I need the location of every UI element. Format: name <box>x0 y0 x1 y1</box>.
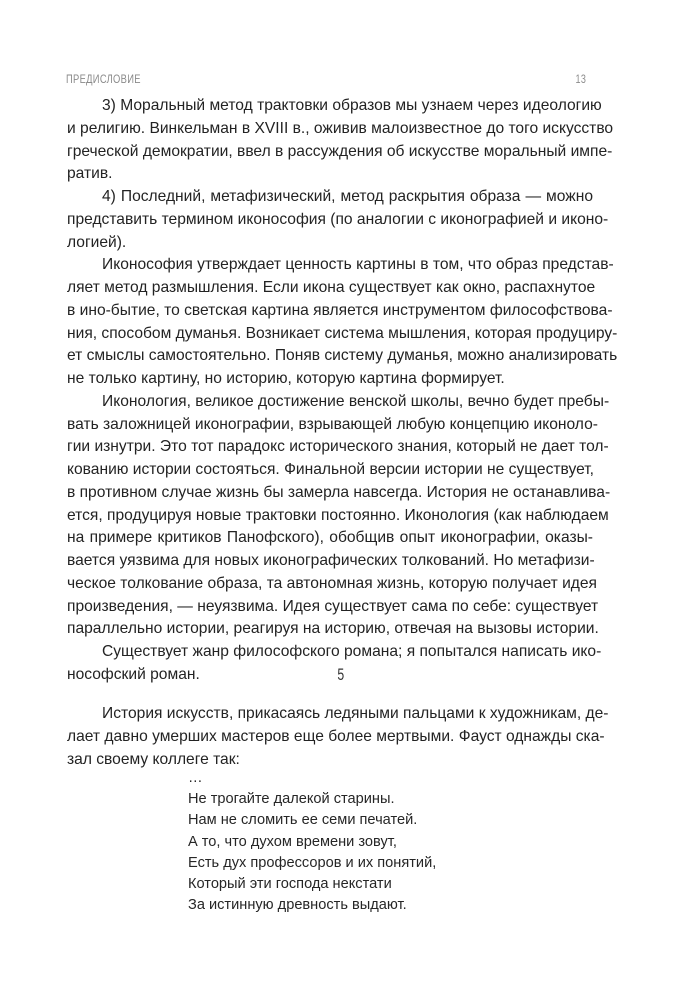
text-line: 3) Моральный метод трактовки образов мы … <box>67 95 593 118</box>
verse-line: За истинную древность выдают. <box>188 895 436 916</box>
text-line: лает давно умерших мастеров еще более ме… <box>67 726 593 749</box>
verse-line: Нам не сломить ее семи печатей. <box>188 810 436 831</box>
text-line: ляет метод размышления. Если икона сущес… <box>67 277 593 300</box>
text-line: ет смыслы самостоятельно. Поняв систему … <box>67 345 593 368</box>
text-line: Иконософия утверждает ценность картины в… <box>67 254 593 277</box>
text-line: Иконология, великое достижение венской ш… <box>67 391 593 414</box>
faust-quote: … Не трогайте далекой старины. Нам не сл… <box>188 768 436 916</box>
text-line: в ино-бытие, то светская картина являетс… <box>67 300 593 323</box>
paragraph-art-history: История искусств, прикасаясь ледяными па… <box>67 703 593 771</box>
text-line: 4) Последний, метафизический, метод раск… <box>67 186 593 209</box>
text-line: ческое толкование образа, та автономная … <box>67 573 593 596</box>
section-number: 5 <box>0 665 682 685</box>
text-line: не только картину, но историю, которую к… <box>67 368 593 391</box>
text-line: логией). <box>67 232 593 255</box>
paragraph-metaphysical-method: 4) Последний, метафизический, метод раск… <box>67 186 593 254</box>
verse-line: Не трогайте далекой старины. <box>188 789 436 810</box>
verse-line: Есть дух профессоров и их понятий, <box>188 853 436 874</box>
text-line: представить термином иконософия (по анал… <box>67 209 593 232</box>
verse-line: А то, что духом времени зовут, <box>188 832 436 853</box>
text-line: греческой демократии, ввел в рассуждения… <box>67 141 593 164</box>
page-number: 13 <box>575 72 586 86</box>
running-head: ПРЕДИСЛОВИЕ 13 <box>66 72 594 88</box>
text-line: История искусств, прикасаясь ледяными па… <box>67 703 593 726</box>
text-line: параллельно истории, реагируя на историю… <box>67 618 593 641</box>
text-line: на примере критиков Панофского), обобщив… <box>67 527 593 550</box>
text-line: вается уязвима для новых иконографически… <box>67 550 593 573</box>
text-line: произведения, — неуязвима. Идея существу… <box>67 596 593 619</box>
section-5-text: История искусств, прикасаясь ледяными па… <box>67 703 593 771</box>
paragraph-iconosophy: Иконософия утверждает ценность картины в… <box>67 254 593 391</box>
text-line: ется, продуцируя новые трактовки постоян… <box>67 505 593 528</box>
text-line: ратив. <box>67 163 593 186</box>
section-number-label: 5 <box>338 665 345 685</box>
text-line: ния, способом думанья. Возникает система… <box>67 323 593 346</box>
text-line: и религию. Винкельман в XVIII в., оживив… <box>67 118 593 141</box>
text-line: в противном случае жизнь бы замерла навс… <box>67 482 593 505</box>
paragraph-iconology: Иконология, великое достижение венской ш… <box>67 391 593 641</box>
text-line: вать заложницей иконографии, взрывающей … <box>67 414 593 437</box>
book-page: ПРЕДИСЛОВИЕ 13 3) Моральный метод тракто… <box>0 0 682 1000</box>
text-line: гии изнутри. Это тот парадокс историческ… <box>67 436 593 459</box>
chapter-title: ПРЕДИСЛОВИЕ <box>66 72 141 86</box>
paragraph-moral-method: 3) Моральный метод трактовки образов мы … <box>67 95 593 186</box>
verse-line: … <box>188 768 436 789</box>
text-line: Существует жанр философского романа; я п… <box>67 641 593 664</box>
section-4-text: 3) Моральный метод трактовки образов мы … <box>67 95 593 687</box>
verse-line: Который эти господа некстати <box>188 874 436 895</box>
text-line: кованию истории состояться. Финальной ве… <box>67 459 593 482</box>
